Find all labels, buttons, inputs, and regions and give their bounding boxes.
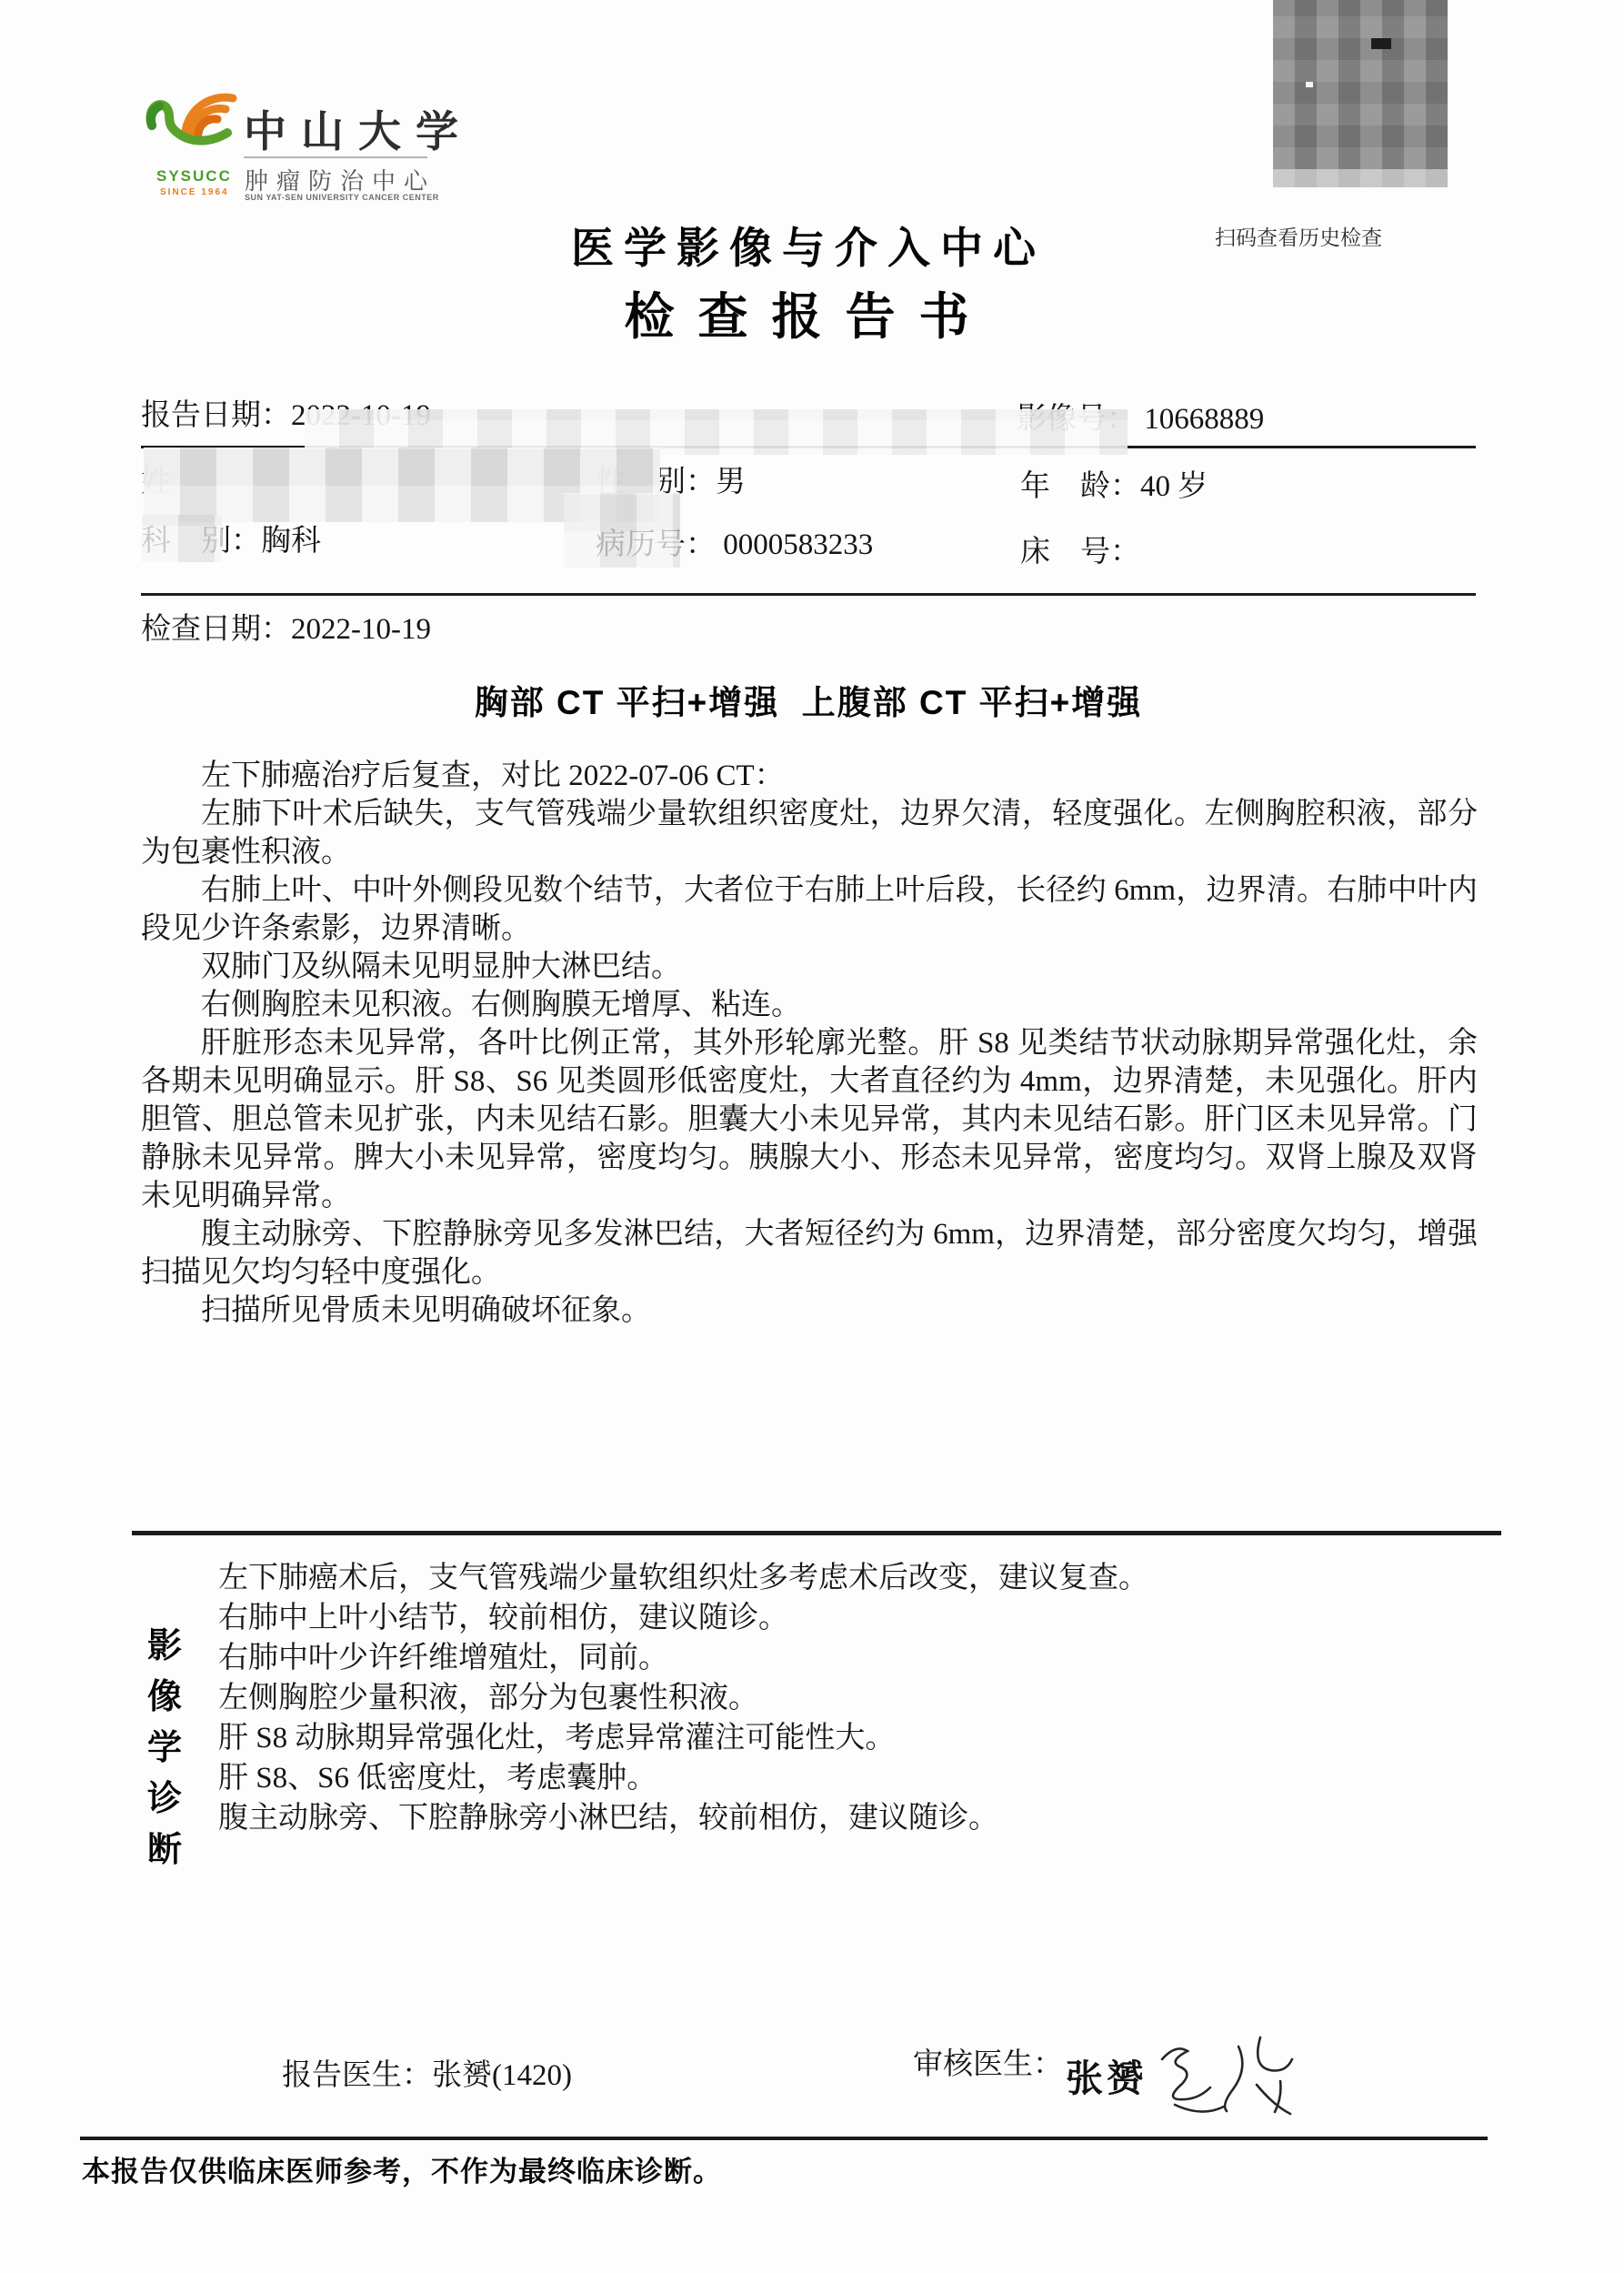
report-title: 检查报告书 <box>141 277 1476 348</box>
dept-value: 胸科 <box>261 525 321 558</box>
logo-acronym: SYSUCC <box>156 167 232 186</box>
diagnosis-item: 腹主动脉旁、下腔静脉旁小淋巴结，较前相仿，建议随诊。 <box>218 1798 1482 1838</box>
diagnosis-item: 肝 S8 动脉期异常强化灶，考虑异常灌注可能性大。 <box>218 1718 1482 1758</box>
footer-divider-line <box>80 2137 1488 2140</box>
exam-date-label: 检查日期： <box>141 613 291 646</box>
diagnosis-divider-line <box>132 1531 1501 1535</box>
report-page: SYSUCC SINCE 1964 中山大学 肿瘤防治中心 SUN YAT-SE… <box>0 0 1624 2273</box>
sysucc-logo-icon <box>144 91 238 166</box>
qr-speck <box>1371 38 1391 49</box>
finding-paragraph: 左肺下叶术后缺失，支气管残端少量软组织密度灶，边界欠清，轻度强化。左侧胸腔积液，… <box>141 795 1478 871</box>
bed-no-row: 床 号： <box>1020 528 1140 570</box>
footer-disclaimer: 本报告仅供临床医师参考，不作为最终临床诊断。 <box>82 2148 722 2189</box>
report-doctor-row: 报告医生：张赟(1420) <box>282 2051 572 2094</box>
exam-date-row: 检查日期：2022-10-19 <box>141 605 431 648</box>
org-subtitle-cn: 肿瘤防治中心 <box>245 163 436 196</box>
diagnosis-item: 左侧胸腔少量积液，部分为包裹性积液。 <box>218 1678 1482 1718</box>
org-name-cn: 中山大学 <box>244 98 473 159</box>
exam-date-value: 2022-10-19 <box>291 613 431 646</box>
finding-paragraph: 扫描所见骨质未见明确破坏征象。 <box>141 1292 1478 1330</box>
review-doctor-label: 审核医生： <box>913 2040 1063 2083</box>
org-subtitle-en: SUN YAT-SEN UNIVERSITY CANCER CENTER <box>245 193 439 202</box>
diagnosis-item: 肝 S8、S6 低密度灶，考虑囊肿。 <box>218 1758 1482 1798</box>
redaction-blur <box>564 493 680 568</box>
record-no-value: 0000583233 <box>723 528 873 561</box>
diagnosis-list: 左下肺癌术后，支气管残端少量软组织灶多考虑术后改变，建议复查。 右肺中上叶小结节… <box>218 1558 1482 1838</box>
qr-speck <box>1306 82 1313 87</box>
report-date-label: 报告日期： <box>141 399 291 432</box>
qr-code-blurred <box>1273 0 1448 169</box>
image-no-value: 10668889 <box>1144 403 1264 436</box>
age-value: 40 岁 <box>1140 470 1208 503</box>
age-row: 年 龄：40 岁 <box>1020 462 1208 505</box>
handwritten-signature <box>1148 2030 1309 2127</box>
department-title: 医学影像与介入中心 <box>141 215 1476 276</box>
report-doctor-label: 报告医生： <box>282 2059 432 2092</box>
diagnosis-item: 右肺中上叶小结节，较前相仿，建议随诊。 <box>218 1598 1482 1638</box>
report-doctor-name: 张赟(1420) <box>432 2059 572 2092</box>
finding-paragraph: 腹主动脉旁、下腔静脉旁见多发淋巴结，大者短径约为 6mm，边界清楚，部分密度欠均… <box>141 1215 1478 1292</box>
age-label: 年 龄： <box>1020 470 1140 503</box>
qr-code-blur-edge <box>1273 169 1448 187</box>
gender-value: 男 <box>716 466 746 498</box>
finding-paragraph: 右侧胸腔未见积液。右侧胸膜无增厚、粘连。 <box>141 986 1478 1024</box>
divider-line-mid <box>141 593 1476 596</box>
findings-section: 左下肺癌治疗后复查，对比 2022-07-06 CT： 左肺下叶术后缺失，支气管… <box>141 757 1478 1330</box>
diagnosis-item: 右肺中叶少许纤维增殖灶，同前。 <box>218 1638 1482 1678</box>
diagnosis-section-label: 影像学诊断 <box>147 1621 187 1876</box>
exam-title: 胸部 CT 平扫+增强 上腹部 CT 平扫+增强 <box>141 675 1476 724</box>
logo-since: SINCE 1964 <box>160 187 229 197</box>
review-doctor-name: 张赟 <box>1066 2048 1148 2102</box>
finding-paragraph: 双肺门及纵隔未见明显肿大淋巴结。 <box>141 948 1478 986</box>
redaction-blur <box>142 515 222 562</box>
finding-paragraph: 肝脏形态未见异常，各叶比例正常，其外形轮廓光整。肝 S8 见类结节状动脉期异常强… <box>141 1024 1478 1215</box>
finding-paragraph: 右肺上叶、中叶外侧段见数个结节，大者位于右肺上叶后段，长径约 6mm，边界清。右… <box>141 871 1478 948</box>
finding-paragraph: 左下肺癌治疗后复查，对比 2022-07-06 CT： <box>141 757 1478 795</box>
org-underline <box>244 156 427 158</box>
diagnosis-item: 左下肺癌术后，支气管残端少量软组织灶多考虑术后改变，建议复查。 <box>218 1558 1482 1598</box>
bed-label: 床 号： <box>1020 536 1140 568</box>
